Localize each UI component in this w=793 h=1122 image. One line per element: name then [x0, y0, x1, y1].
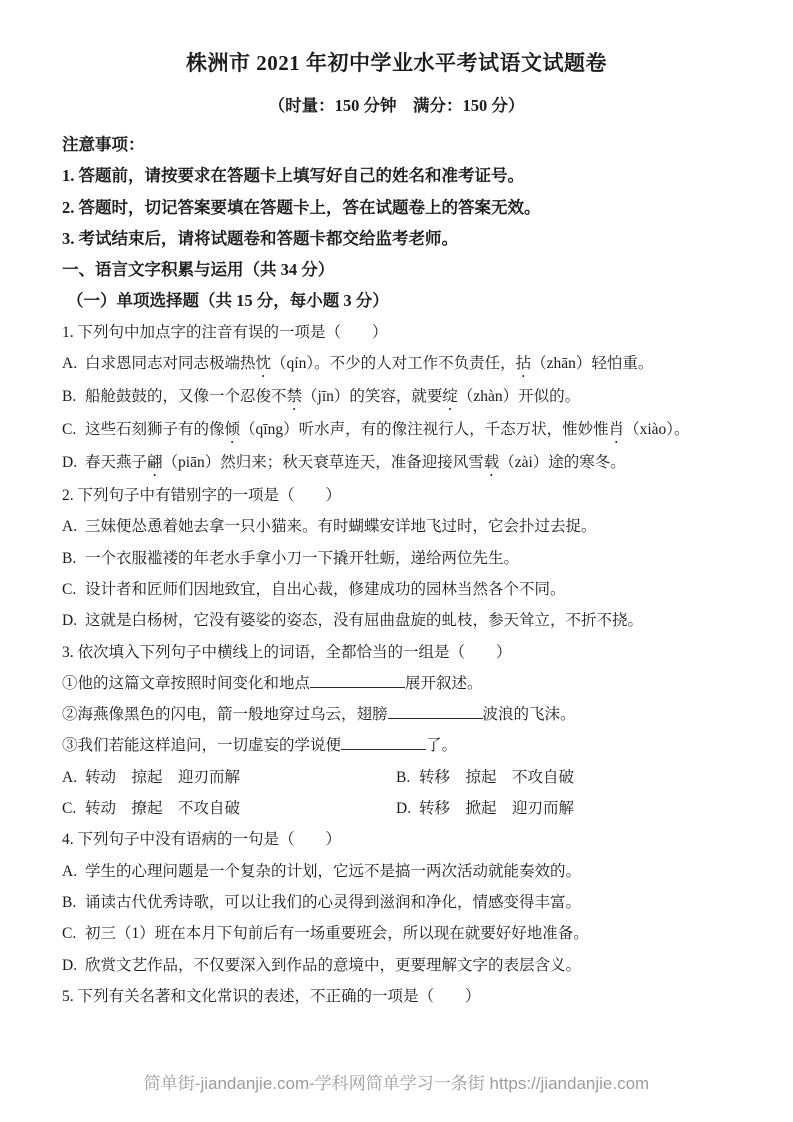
subsection-heading: （一）单项选择题（共 15 分，每小题 3 分） [62, 285, 731, 316]
notice-item-1: 1. 答题前，请按要求在答题卡上填写好自己的姓名和准考证号。 [62, 160, 731, 191]
notice-heading: 注意事项： [62, 129, 731, 160]
option-label: A. [62, 856, 85, 887]
option-label: C. [62, 793, 85, 824]
option-text: 三妹便怂恿着她去拿一只小猫来。有时蝴蝶安详地飞过时，它会扑过去捉。 [85, 511, 731, 542]
option-text: 这些石刻狮子有的像倾（qīng）听水声，有的像注视行人，千态万状，惟妙惟肖（xi… [85, 414, 731, 447]
text-segment: （qín）。不少的人对工作不负责任， [271, 355, 516, 372]
option-text: 船舱鼓鼓的，又像一个忍俊不禁（jīn）的笑容，就要绽（zhàn）开似的。 [85, 381, 731, 414]
q3-option-a: A. 转动 掠起 迎刃而解 [62, 762, 396, 793]
emphasized-char: 肖 [609, 421, 625, 438]
blank-underline [341, 748, 426, 750]
emphasized-char: 绽 [442, 388, 458, 405]
q3-option-d: D. 转移 掀起 迎刃而解 [396, 793, 730, 824]
q1-option-d: D. 春天燕子翩（piān）然归来；秋天衰草连天，准备迎接风雪载（zài）途的寒… [62, 447, 731, 480]
exam-meta: （时量：150 分钟 满分：150 分） [62, 93, 731, 119]
q3-item-2: ②海燕像黑色的闪电，箭一般地穿过乌云，翅膀波浪的飞沫。 [62, 699, 731, 730]
q4-stem: 4. 下列句子中没有语病的一句是（ ） [62, 824, 731, 855]
q4-option-d: D. 欣赏文艺作品，不仅要深入到作品的意境中，更要理解文字的表层含义。 [62, 950, 731, 981]
q3-item-pre: ③我们若能这样追问，一切虚妄的学说便 [62, 737, 341, 754]
q5-stem: 5. 下列有关名著和文化常识的表述，不正确的一项是（ ） [62, 981, 731, 1012]
blank-underline [388, 717, 483, 719]
q4-option-c: C. 初三（1）班在本月下旬前后有一场重要班会，所以现在就要好好地准备。 [62, 918, 731, 949]
option-text: 白求恩同志对同志极端热忱（qín）。不少的人对工作不负责任，拈（zhān）轻怕重… [85, 348, 731, 381]
option-label: D. [62, 605, 85, 636]
q3-item-post: 了。 [426, 737, 457, 754]
q2-stem: 2. 下列句子中有错别字的一项是（ ） [62, 480, 731, 511]
emphasized-char: 拈 [516, 355, 532, 372]
q2-option-d: D. 这就是白杨树，它没有婆娑的姿态，没有屈曲盘旋的虬枝，参天耸立，不折不挠。 [62, 605, 731, 636]
q3-item-pre: ①他的这篇文章按照时间变化和地点 [62, 675, 310, 692]
q1-option-c: C. 这些石刻狮子有的像倾（qīng）听水声，有的像注视行人，千态万状，惟妙惟肖… [62, 414, 731, 447]
q3-item-3: ③我们若能这样追问，一切虚妄的学说便了。 [62, 730, 731, 761]
q2-option-b: B. 一个衣服褴褛的年老水手拿小刀一下撬开牡蛎，递给两位先生。 [62, 543, 731, 574]
notice-item-3: 3. 考试结束后，请将试题卷和答题卡都交给监考老师。 [62, 223, 731, 254]
q1-option-b: B. 船舱鼓鼓的，又像一个忍俊不禁（jīn）的笑容，就要绽（zhàn）开似的。 [62, 381, 731, 414]
q3-option-c: C. 转动 撩起 不攻自破 [62, 793, 396, 824]
option-text: 转移 掀起 迎刃而解 [419, 793, 730, 824]
option-label: C. [62, 574, 85, 605]
option-text: 这就是白杨树，它没有婆娑的姿态，没有屈曲盘旋的虬枝，参天耸立，不折不挠。 [85, 605, 731, 636]
option-label: A. [62, 511, 85, 542]
text-segment: 这些石刻狮子有的像 [85, 421, 225, 438]
option-text: 初三（1）班在本月下旬前后有一场重要班会，所以现在就要好好地准备。 [85, 918, 731, 949]
q3-stem: 3. 依次填入下列句子中横线上的词语，全都恰当的一组是（ ） [62, 637, 731, 668]
emphasized-char: 禁 [287, 388, 303, 405]
option-label: A. [62, 762, 85, 793]
option-label: B. [62, 543, 85, 574]
text-segment: （zài）途的寒冬。 [499, 454, 626, 471]
option-text: 转动 撩起 不攻自破 [85, 793, 396, 824]
text-segment: 白求恩同志对同志极端热 [85, 355, 256, 372]
option-label: C. [62, 414, 85, 447]
q4-option-b: B. 诵读古代优秀诗歌，可以让我们的心灵得到滋润和净化，情感变得丰富。 [62, 887, 731, 918]
q1-option-a: A. 白求恩同志对同志极端热忱（qín）。不少的人对工作不负责任，拈（zhān）… [62, 348, 731, 381]
option-text: 转移 掠起 不攻自破 [419, 762, 730, 793]
exam-title: 株洲市 2021 年初中学业水平考试语文试题卷 [62, 48, 731, 78]
text-segment: 船舱鼓鼓的，又像一个忍俊不 [85, 388, 287, 405]
emphasized-char: 倾 [225, 421, 241, 438]
q3-item-post: 波浪的飞沫。 [483, 706, 576, 723]
q2-option-c: C. 设计者和匠师们因地致宜，自出心裁，修建成功的园林当然各个不同。 [62, 574, 731, 605]
option-text: 春天燕子翩（piān）然归来；秋天衰草连天，准备迎接风雪载（zài）途的寒冬。 [85, 447, 731, 480]
text-segment: （piān）然归来；秋天衰草连天，准备迎接风雪 [163, 454, 484, 471]
q3-item-1: ①他的这篇文章按照时间变化和地点展开叙述。 [62, 668, 731, 699]
section-heading: 一、语言文字积累与运用（共 34 分） [62, 254, 731, 285]
option-text: 学生的心理问题是一个复杂的计划，它远不是搞一两次活动就能奏效的。 [85, 856, 731, 887]
option-text: 欣赏文艺作品，不仅要深入到作品的意境中，更要理解文字的表层含义。 [85, 950, 731, 981]
option-label: B. [62, 381, 85, 414]
option-label: D. [396, 793, 419, 824]
option-label: B. [396, 762, 419, 793]
q4-option-a: A. 学生的心理问题是一个复杂的计划，它远不是搞一两次活动就能奏效的。 [62, 856, 731, 887]
q3-options-row-2: C. 转动 撩起 不攻自破 D. 转移 掀起 迎刃而解 [62, 793, 731, 824]
option-label: D. [62, 950, 85, 981]
q3-item-pre: ②海燕像黑色的闪电，箭一般地穿过乌云，翅膀 [62, 706, 388, 723]
q2-option-a: A. 三妹便怂恿着她去拿一只小猫来。有时蝴蝶安详地飞过时，它会扑过去捉。 [62, 511, 731, 542]
emphasized-char: 载 [484, 454, 500, 471]
text-segment: （jīn）的笑容，就要 [302, 388, 442, 405]
emphasized-char: 翩 [147, 454, 163, 471]
exam-paper-page: 株洲市 2021 年初中学业水平考试语文试题卷 （时量：150 分钟 满分：15… [0, 0, 793, 1096]
q3-options-row-1: A. 转动 掠起 迎刃而解 B. 转移 掠起 不攻自破 [62, 762, 731, 793]
option-label: B. [62, 887, 85, 918]
option-label: D. [62, 447, 85, 480]
option-label: A. [62, 348, 85, 381]
footer-watermark: 简单街-jiandanjie.com-学科网简单学习一条街 https://ji… [62, 1072, 731, 1096]
option-text: 转动 掠起 迎刃而解 [85, 762, 396, 793]
notice-item-2: 2. 答题时，切记答案要填在答题卡上，答在试题卷上的答案无效。 [62, 192, 731, 223]
q3-option-b: B. 转移 掠起 不攻自破 [396, 762, 730, 793]
text-segment: 春天燕子 [85, 454, 147, 471]
blank-underline [310, 686, 405, 688]
option-text: 一个衣服褴褛的年老水手拿小刀一下撬开牡蛎，递给两位先生。 [85, 543, 731, 574]
option-text: 诵读古代优秀诗歌，可以让我们的心灵得到滋润和净化，情感变得丰富。 [85, 887, 731, 918]
text-segment: （zhàn）开似的。 [458, 388, 580, 405]
q1-stem: 1. 下列句中加点字的注音有误的一项是（ ） [62, 317, 731, 348]
emphasized-char: 忱 [256, 355, 272, 372]
text-segment: （xiào）。 [624, 421, 689, 438]
q3-item-post: 展开叙述。 [405, 675, 483, 692]
text-segment: （zhān）轻怕重。 [531, 355, 653, 372]
text-segment: （qīng）听水声，有的像注视行人，千态万状，惟妙惟 [240, 421, 609, 438]
option-text: 设计者和匠师们因地致宜，自出心裁，修建成功的园林当然各个不同。 [85, 574, 731, 605]
option-label: C. [62, 918, 85, 949]
